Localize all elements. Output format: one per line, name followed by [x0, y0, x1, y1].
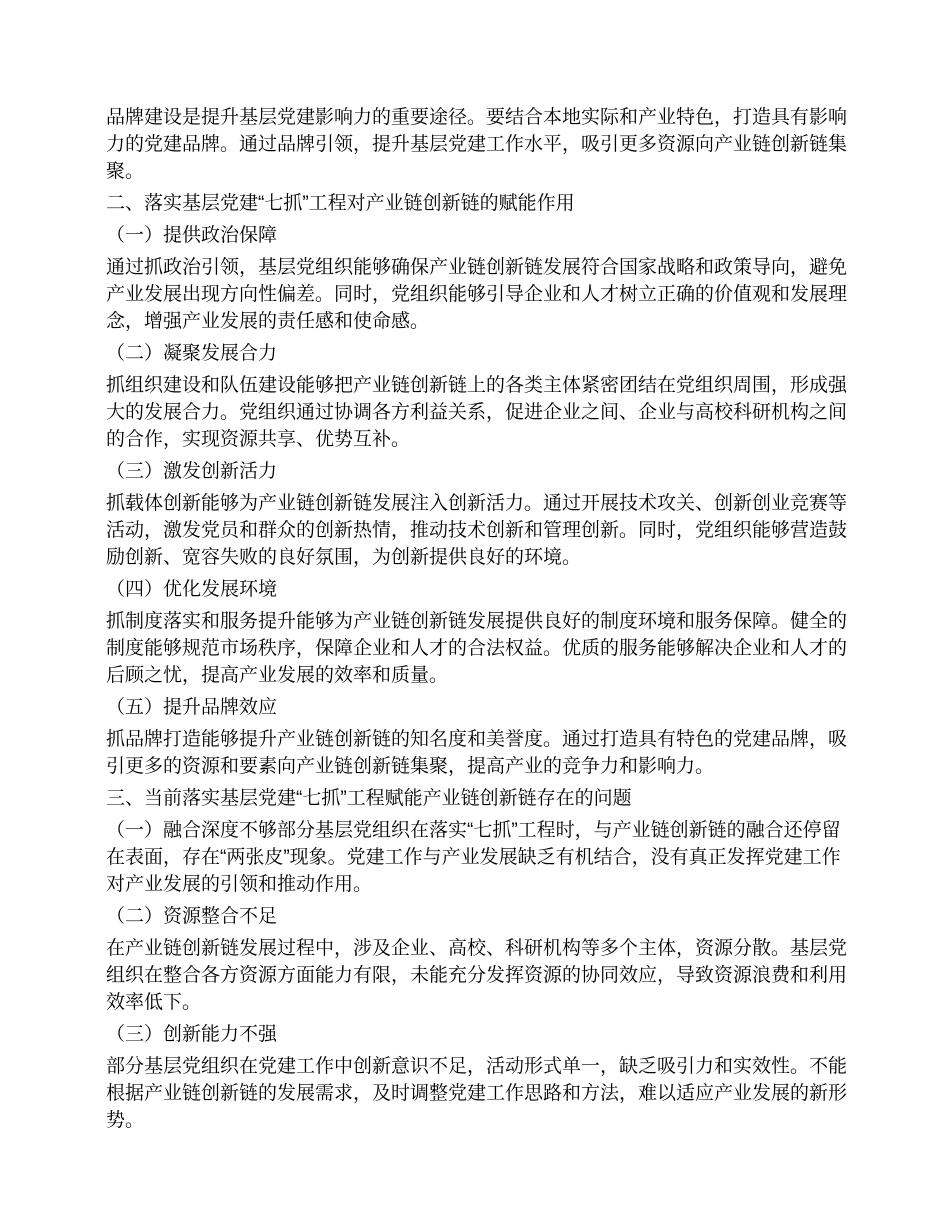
section-heading: 二、落实基层党建“七抓”工程对产业链创新链的赋能作用: [106, 190, 848, 217]
paragraph: 抓载体创新能够为产业链创新链发展注入创新活力。通过开展技术攻关、创新创业竞赛等活…: [106, 490, 848, 571]
document-page: 品牌建设是提升基层党建影响力的重要途径。要结合本地实际和产业特色，打造具有影响力…: [0, 0, 950, 1230]
paragraph: 通过抓政治引领，基层党组织能够确保产业链创新链发展符合国家战略和政策导向，避免产…: [106, 254, 848, 335]
paragraph: 抓制度落实和服务提升能够为产业链创新链发展提供良好的制度环境和服务保障。健全的制…: [106, 608, 848, 689]
paragraph: 抓品牌打造能够提升产业链创新链的知名度和美誉度。通过打造具有特色的党建品牌，吸引…: [106, 726, 848, 780]
paragraph: 抓组织建设和队伍建设能够把产业链创新链上的各类主体紧密团结在党组织周围，形成强大…: [106, 372, 848, 453]
section-heading: 三、当前落实基层党建“七抓”工程赋能产业链创新链存在的问题: [106, 785, 848, 812]
paragraph: 品牌建设是提升基层党建影响力的重要途径。要结合本地实际和产业特色，打造具有影响力…: [106, 104, 848, 185]
subsection-heading: （四）优化发展环境: [106, 576, 848, 603]
subsection-heading: （三）创新能力不强: [106, 1021, 848, 1048]
subsection-heading: （一）提供政治保障: [106, 222, 848, 249]
subsection-heading: （五）提升品牌效应: [106, 694, 848, 721]
subsection-heading: （二）资源整合不足: [106, 903, 848, 930]
paragraph: （一）融合深度不够部分基层党组织在落实“七抓”工程时，与产业链创新链的融合还停留…: [106, 817, 848, 898]
paragraph: 部分基层党组织在党建工作中创新意识不足，活动形式单一，缺乏吸引力和实效性。不能根…: [106, 1053, 848, 1134]
paragraph: 在产业链创新链发展过程中，涉及企业、高校、科研机构等多个主体，资源分散。基层党组…: [106, 935, 848, 1016]
subsection-heading: （三）激发创新活力: [106, 458, 848, 485]
subsection-heading: （二）凝聚发展合力: [106, 340, 848, 367]
